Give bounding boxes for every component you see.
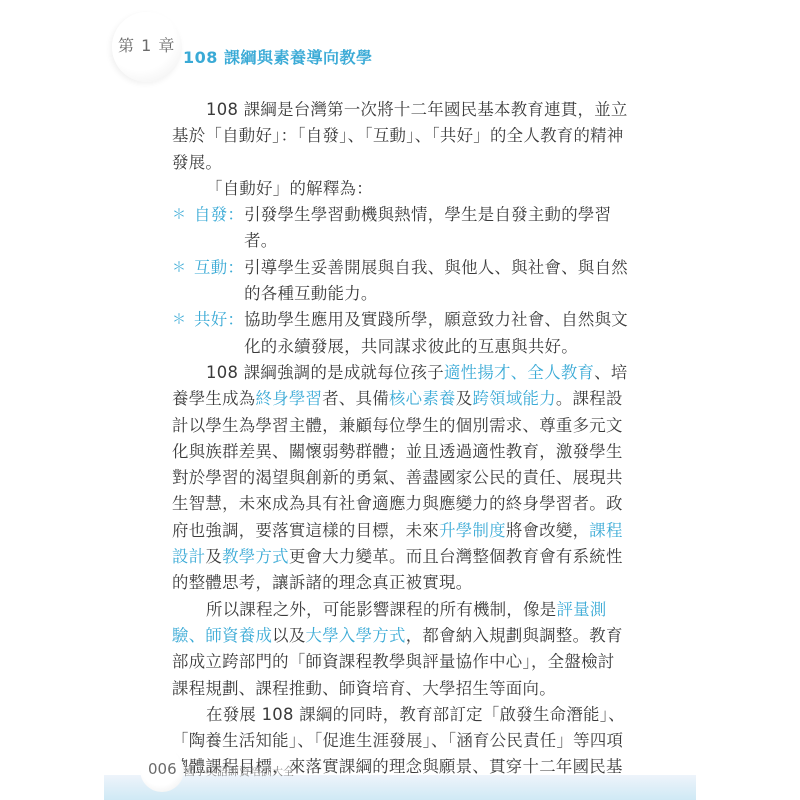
bullet-description: 引導學生妥善開展與自我、與他人、與社會、與自然的各種互動能力。: [244, 255, 628, 308]
asterisk-icon: ＊: [172, 307, 194, 360]
bullet-description: 引發學生學習動機與熱情，學生是自發主動的學習者。: [244, 202, 628, 255]
text: 及: [205, 547, 222, 566]
bullet-item-self-initiative: ＊ 自發 ： 引發學生學習動機與熱情，學生是自發主動的學習者。: [172, 202, 628, 255]
chapter-label: 第 1 章: [118, 33, 175, 56]
paragraph-definition-lead: 「自動好」的解釋為：: [172, 176, 628, 202]
highlight-term: 核心素養: [389, 389, 456, 408]
paragraph-intro: 108 課綱是台灣第一次將十二年國民基本教育連貫，並立基於「自動好」：「自發」、…: [172, 97, 628, 176]
text: 者、具備: [322, 389, 389, 408]
highlight-term: 終身學習: [255, 389, 322, 408]
asterisk-icon: ＊: [172, 255, 194, 308]
highlight-term: 教學方式: [222, 547, 289, 566]
text: 所以課程之外，可能影響課程的所有機制，像是: [206, 600, 557, 619]
text: 將會改變，: [506, 521, 589, 540]
bullet-term: 自發: [194, 202, 227, 255]
bullet-colon: ：: [227, 307, 244, 360]
text: 以及: [272, 626, 305, 645]
bullet-term: 互動: [194, 255, 227, 308]
bullet-colon: ：: [227, 255, 244, 308]
book-title: 國小英語師資培訓大全: [184, 763, 294, 779]
bullet-description: 協助學生應用及實踐所學，願意致力社會、自然與文化的永續發展，共同謀求彼此的互惠與…: [244, 307, 628, 360]
paragraph-mechanisms: 所以課程之外，可能影響課程的所有機制，像是評量測驗、師資養成以及大學入學方式，都…: [172, 597, 628, 702]
body-text: 108 課綱是台灣第一次將十二年國民基本教育連貫，並立基於「自動好」：「自發」、…: [172, 97, 628, 800]
page-number: 006: [148, 760, 177, 778]
text: 及: [456, 389, 473, 408]
text: 108 課綱強調的是成就每位孩子: [206, 363, 444, 382]
paragraph-curriculum-emphasis: 108 課綱強調的是成就每位孩子適性揚才、全人教育、培養學生成為終身學習者、具備…: [172, 360, 628, 597]
bullet-colon: ：: [227, 202, 244, 255]
asterisk-icon: ＊: [172, 202, 194, 255]
highlight-term: 升學制度: [439, 521, 506, 540]
highlight-term: 跨領域能力: [472, 389, 555, 408]
highlight-term: 大學入學方式: [306, 626, 406, 645]
highlight-term: 適性揚才、全人教育: [444, 363, 594, 382]
bullet-item-interaction: ＊ 互動 ： 引導學生妥善開展與自我、與他人、與社會、與自然的各種互動能力。: [172, 255, 628, 308]
chapter-title: 108 課綱與素養導向教學: [183, 45, 372, 68]
text: 。課程設計以學生為學習主體，兼顧每位學生的個別需求、尊重多元文化與族群差異、關懷…: [172, 389, 623, 539]
bullet-item-common-good: ＊ 共好 ： 協助學生應用及實踐所學，願意致力社會、自然與文化的永續發展，共同謀…: [172, 307, 628, 360]
bullet-term: 共好: [194, 307, 227, 360]
